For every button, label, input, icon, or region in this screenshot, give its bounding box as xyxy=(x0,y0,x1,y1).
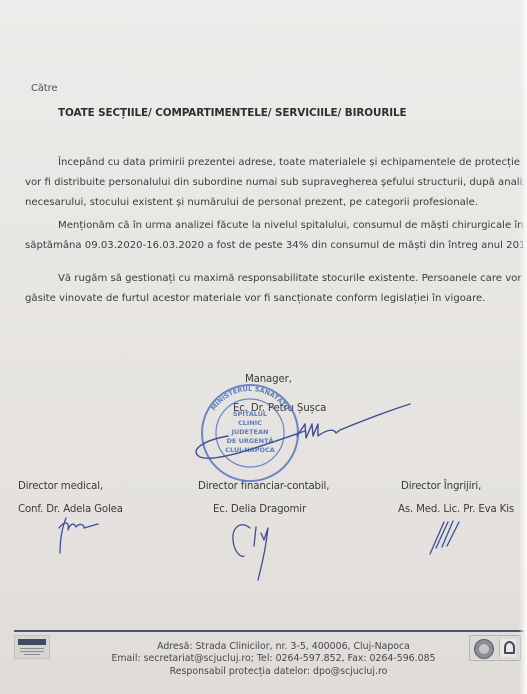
footer-dpo: Responsabil protecția datelor: dpo@scjuc… xyxy=(30,666,527,677)
signatory-title-financial: Director financiar-contabil, xyxy=(198,481,329,492)
stamp-line: CLINIC xyxy=(238,419,262,427)
paper-edge xyxy=(519,0,527,694)
footer-address: Adresă: Strada Clinicilor, nr. 3-5, 4000… xyxy=(40,641,527,652)
paragraph-distribution: Începând cu data primirii prezentei adre… xyxy=(25,153,503,213)
paragraph-line: Menționăm că în urma analizei făcute la … xyxy=(25,216,503,236)
paragraph-line: Vă rugăm să gestionați cu maximă respons… xyxy=(25,269,503,289)
signatory-name-nursing: As. Med. Lic. Pr. Eva Kis xyxy=(398,504,514,515)
paragraph-line: găsite vinovate de furtul acestor materi… xyxy=(25,289,503,309)
footer-contact: Email: secretariat@scjucluj.ro; Tel: 026… xyxy=(20,653,527,664)
medical-director-signature-icon xyxy=(59,518,98,553)
signatory-title-medical: Director medical, xyxy=(18,481,103,492)
paragraph-line: vor fi distribuite personalului din subo… xyxy=(25,173,503,193)
recipient-label: Către xyxy=(31,83,57,94)
nursing-director-signature-icon xyxy=(430,521,459,554)
paragraph-line: Începând cu data primirii prezentei adre… xyxy=(25,153,503,173)
stamp-line: CLUJ-NAPOCA xyxy=(225,446,275,454)
paragraph-responsibility: Vă rugăm să gestionați cu maximă respons… xyxy=(25,269,503,309)
official-stamp-icon: MINISTERUL SĂNĂTĂȚII SPITALUL CLINIC JUD… xyxy=(202,385,298,481)
manager-title: Manager, xyxy=(245,374,292,385)
signatory-name-medical: Conf. Dr. Adela Golea xyxy=(18,504,123,515)
signatory-name-financial: Ec. Delia Dragomir xyxy=(213,504,306,515)
stamp-line: DE URGENȚĂ xyxy=(226,436,273,446)
manager-name: Ec. Dr. Petru Șușca xyxy=(233,403,326,414)
paragraph-line: necesarului, stocului existent și număru… xyxy=(25,193,503,213)
letter-page: Către TOATE SECȚIILE/ COMPARTIMENTELE/ S… xyxy=(0,0,527,694)
recipient-addressee: TOATE SECȚIILE/ COMPARTIMENTELE/ SERVICI… xyxy=(58,107,407,119)
signatory-title-nursing: Director Îngrijiri, xyxy=(401,481,481,492)
financial-director-signature-icon xyxy=(233,525,268,580)
paragraph-mask-consumption: Menționăm că în urma analizei făcute la … xyxy=(25,216,503,256)
paragraph-line: săptămâna 09.03.2020-16.03.2020 a fost d… xyxy=(25,236,503,256)
stamp-line: JUDEȚEAN xyxy=(231,428,269,437)
footer-divider xyxy=(14,630,527,632)
stamp-and-signatures: MINISTERUL SĂNĂTĂȚII SPITALUL CLINIC JUD… xyxy=(0,0,527,694)
